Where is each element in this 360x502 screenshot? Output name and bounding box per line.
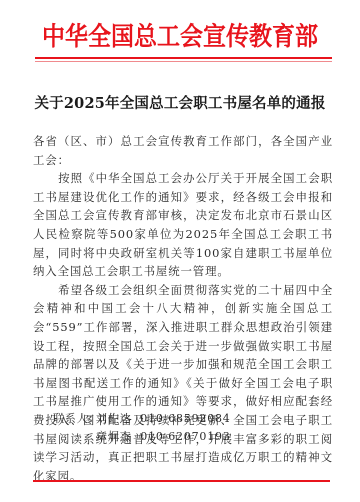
issuing-organization-header: 中华全国总工会宣传教育部 xyxy=(0,20,360,54)
header-red-rule xyxy=(35,57,332,59)
contact-phone: 010-62070193 xyxy=(140,430,230,443)
header-red-rule-thin xyxy=(35,61,332,62)
contact-line-1: 联系人：刘佐达 010-68592084 xyxy=(53,410,231,426)
paragraph-1: 按照《中华全国总工会办公厅关于开展全国工会职工书屋建设优化工作的通知》要求，经各… xyxy=(33,169,333,281)
contact-name: 章炯杰 xyxy=(96,428,136,444)
paragraph-2: 希望各级工会组织全面贯彻落实党的二十届四中全会精神和中国工会十八大精神，创新实施… xyxy=(33,281,333,486)
contact-phone: 010-68592084 xyxy=(140,412,230,425)
contact-name: 刘佐达 xyxy=(96,410,136,426)
document-title: 关于2025年全国总工会职工书屋名单的通报 xyxy=(0,92,360,113)
salutation: 各省（区、市）总工会宣传教育工作部门，各全国产业工会： xyxy=(33,132,333,169)
contacts-label: 联系人： xyxy=(53,410,96,426)
contact-line-2: 章炯杰 010-62070193 xyxy=(53,428,231,444)
footer-red-rule xyxy=(33,480,330,482)
